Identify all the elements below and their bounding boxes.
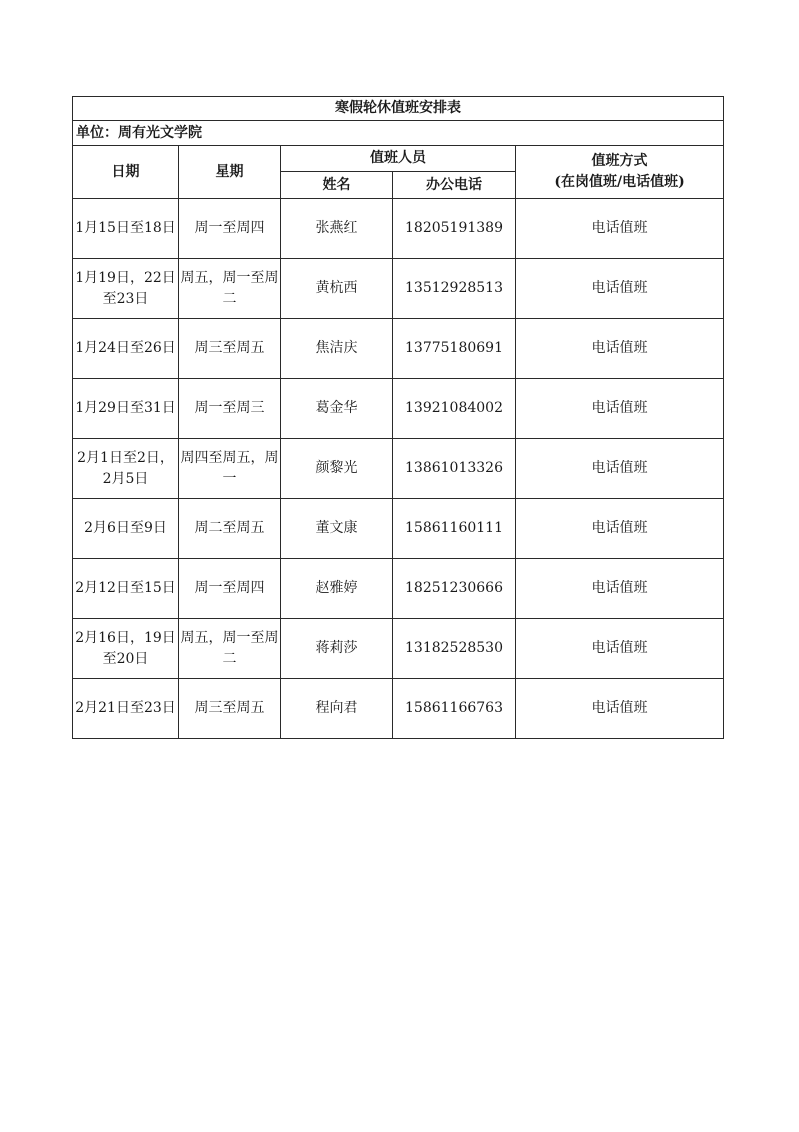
cell-name: 蒋莉莎 xyxy=(281,619,393,679)
cell-weekday: 周四至周五，周一 xyxy=(179,439,281,499)
cell-date: 1月19日，22日至23日 xyxy=(73,259,179,319)
table-row: 2月21日至23日 周三至周五 程向君 15861166763 电话值班 xyxy=(73,679,724,739)
cell-name: 赵雅婷 xyxy=(281,559,393,619)
cell-phone: 15861166763 xyxy=(393,679,516,739)
header-duty-mode: 值班方式 (在岗值班/电话值班) xyxy=(516,146,724,199)
cell-weekday: 周五，周一至周二 xyxy=(179,259,281,319)
cell-weekday: 周五，周一至周二 xyxy=(179,619,281,679)
cell-duty-mode: 电话值班 xyxy=(516,199,724,259)
header-weekday: 星期 xyxy=(179,146,281,199)
cell-duty-mode: 电话值班 xyxy=(516,679,724,739)
table-row: 1月29日至31日 周一至周三 葛金华 13921084002 电话值班 xyxy=(73,379,724,439)
cell-duty-mode: 电话值班 xyxy=(516,259,724,319)
cell-name: 董文康 xyxy=(281,499,393,559)
cell-date: 2月6日至9日 xyxy=(73,499,179,559)
cell-phone: 13921084002 xyxy=(393,379,516,439)
cell-phone: 13861013326 xyxy=(393,439,516,499)
unit-label: 单位：周有光文学院 xyxy=(73,121,724,146)
cell-duty-mode: 电话值班 xyxy=(516,499,724,559)
table-row: 2月16日，19日至20日 周五，周一至周二 蒋莉莎 13182528530 电… xyxy=(73,619,724,679)
table-row: 1月15日至18日 周一至周四 张燕红 18205191389 电话值班 xyxy=(73,199,724,259)
header-date: 日期 xyxy=(73,146,179,199)
cell-name: 黄杭西 xyxy=(281,259,393,319)
cell-date: 2月12日至15日 xyxy=(73,559,179,619)
cell-weekday: 周一至周四 xyxy=(179,559,281,619)
cell-name: 葛金华 xyxy=(281,379,393,439)
header-staff-group: 值班人员 xyxy=(281,146,516,172)
cell-phone: 13182528530 xyxy=(393,619,516,679)
cell-name: 焦洁庆 xyxy=(281,319,393,379)
cell-phone: 18205191389 xyxy=(393,199,516,259)
table-row: 2月6日至9日 周二至周五 董文康 15861160111 电话值班 xyxy=(73,499,724,559)
cell-duty-mode: 电话值班 xyxy=(516,319,724,379)
cell-weekday: 周一至周四 xyxy=(179,199,281,259)
cell-weekday: 周三至周五 xyxy=(179,319,281,379)
cell-phone: 15861160111 xyxy=(393,499,516,559)
table-title: 寒假轮休值班安排表 xyxy=(73,97,724,121)
cell-duty-mode: 电话值班 xyxy=(516,439,724,499)
cell-duty-mode: 电话值班 xyxy=(516,379,724,439)
cell-date: 2月16日，19日至20日 xyxy=(73,619,179,679)
cell-date: 2月1日至2日，2月5日 xyxy=(73,439,179,499)
header-duty-mode-line1: 值班方式 xyxy=(516,151,723,172)
cell-duty-mode: 电话值班 xyxy=(516,559,724,619)
cell-name: 程向君 xyxy=(281,679,393,739)
cell-weekday: 周一至周三 xyxy=(179,379,281,439)
cell-date: 2月21日至23日 xyxy=(73,679,179,739)
cell-weekday: 周二至周五 xyxy=(179,499,281,559)
header-phone: 办公电话 xyxy=(393,172,516,199)
table-row: 1月19日，22日至23日 周五，周一至周二 黄杭西 13512928513 电… xyxy=(73,259,724,319)
header-name: 姓名 xyxy=(281,172,393,199)
cell-phone: 18251230666 xyxy=(393,559,516,619)
duty-schedule-table: 寒假轮休值班安排表 单位：周有光文学院 日期 星期 值班人员 值班方式 (在岗值… xyxy=(72,96,724,739)
cell-date: 1月24日至26日 xyxy=(73,319,179,379)
table-row: 2月12日至15日 周一至周四 赵雅婷 18251230666 电话值班 xyxy=(73,559,724,619)
cell-date: 1月15日至18日 xyxy=(73,199,179,259)
table-row: 1月24日至26日 周三至周五 焦洁庆 13775180691 电话值班 xyxy=(73,319,724,379)
header-duty-mode-line2: (在岗值班/电话值班) xyxy=(516,172,723,193)
table-row: 2月1日至2日，2月5日 周四至周五，周一 颜黎光 13861013326 电话… xyxy=(73,439,724,499)
cell-weekday: 周三至周五 xyxy=(179,679,281,739)
cell-name: 颜黎光 xyxy=(281,439,393,499)
cell-name: 张燕红 xyxy=(281,199,393,259)
cell-phone: 13512928513 xyxy=(393,259,516,319)
cell-duty-mode: 电话值班 xyxy=(516,619,724,679)
cell-date: 1月29日至31日 xyxy=(73,379,179,439)
cell-phone: 13775180691 xyxy=(393,319,516,379)
